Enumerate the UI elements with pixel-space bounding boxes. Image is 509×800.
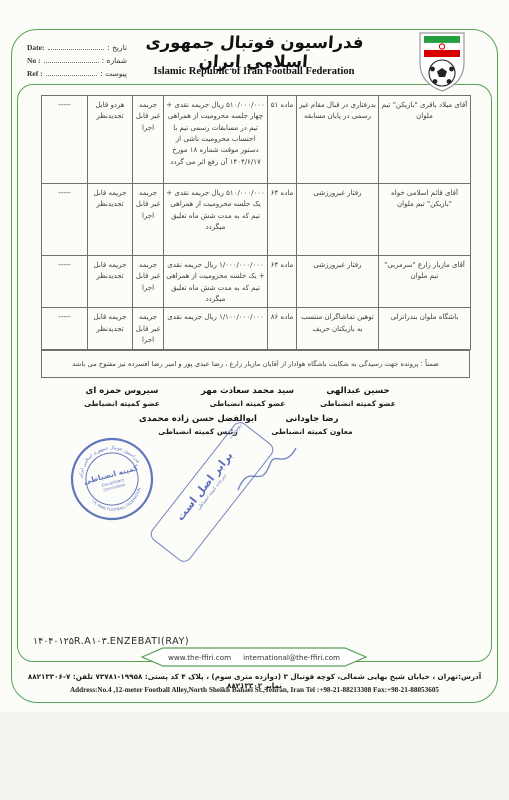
signer-name: حسین عبدالهی [298, 386, 418, 396]
scanned-letter-page: Date: تاریخ : No : شماره : Ref : پیوست :… [0, 0, 509, 800]
cell-violation: بدرفتاری در قبال مقام غیر رسمی در پایان … [297, 96, 379, 184]
cell-verdict: ۱/۰۰۰/۰۰۰/۰۰۰ ریال جریمه نقدی + یک جلسه … [164, 256, 268, 308]
cell-appeal-status: جریمه قابل تجدیدنظر [88, 256, 133, 308]
cell-verdict: ۵۱۰/۰۰۰/۰۰۰ ریال جریمه نقدی + چهار جلسه … [164, 96, 268, 184]
federation-title-en: Islamic Republic of Iran Football Federa… [108, 66, 400, 77]
cell-violation: رفتار غیرورزشی [297, 184, 379, 256]
cell-misc: ----- [42, 96, 88, 184]
cell-person-name: آقای قائم اسلامی خواه "بازیکن" تیم ملوان [379, 184, 471, 256]
ref-label-en: Ref : [27, 69, 43, 78]
website-url: www.the-ffiri.com [168, 653, 231, 662]
signer-name: ابوالفضل حسن زاده محمدی [118, 414, 278, 424]
cell-violation: توهین تماشاگران منتسب به بازیکنان حریف [297, 308, 379, 350]
signature-block: حسین عبدالهی عضو کمیته انضباطی [298, 386, 418, 408]
cell-appeal-status: جریمه قابل تجدیدنظر [88, 184, 133, 256]
table-row: آقای میلاد باقری "بازیکن" تیم ملوان بدرف… [42, 96, 471, 184]
cell-article: ماده ۸۶ [268, 308, 297, 350]
cell-fine-status: جریمه غیر قابل اجرا [133, 308, 164, 350]
cell-violation: رفتار غیرورزشی [297, 256, 379, 308]
email-address: international@the-ffiri.com [243, 653, 340, 662]
signature-block: سید محمد سعادت مهر عضو کمیته انضباطی [180, 386, 315, 408]
disciplinary-committee-seal-icon: فدراسیون فوتبال جمهوری اسلامی ایران I.R.… [69, 436, 155, 522]
cell-fine-status: جریمه غیر قابل اجرا [133, 184, 164, 256]
handwritten-signature-icon [232, 438, 302, 502]
signer-name: سید محمد سعادت مهر [180, 386, 315, 396]
signer-name: سیروس حمزه ای [62, 386, 182, 396]
cell-fine-status: جریمه غیر قابل اجرا [133, 96, 164, 184]
cell-fine-status: جریمه غیر قابل اجرا [133, 256, 164, 308]
ref-fill-line [46, 74, 98, 76]
cell-verdict: ۱/۱۰۰/۰۰۰/۰۰۰ ریال جریمه نقدی [164, 308, 268, 350]
date-fill-line [48, 48, 105, 50]
table-row: آقای مازیار زارع "سرمربی" تیم ملوان رفتا… [42, 256, 471, 308]
cell-appeal-status: هردو قابل تجدیدنظر [88, 96, 133, 184]
cell-appeal-status: جریمه قابل تجدیدنظر [88, 308, 133, 350]
date-label-en: Date: [27, 43, 45, 52]
federation-logo-icon [416, 31, 468, 93]
cell-article: ماده ۶۴ [268, 256, 297, 308]
table-row: باشگاه ملوان بندرانزلی توهین تماشاگران م… [42, 308, 471, 350]
signature-block: سیروس حمزه ای عضو کمیته انضباطی [62, 386, 182, 408]
signer-role: عضو کمیته انضباطی [62, 399, 182, 408]
signer-role: عضو کمیته انضباطی [180, 399, 315, 408]
address-en: Address:No.4 ,12-meter Football Alley,No… [24, 686, 485, 694]
cell-article: ماده ۵۱ [268, 96, 297, 184]
cell-verdict: ۵۱۰/۰۰۰/۰۰۰ ریال جریمه نقدی + یک جلسه مح… [164, 184, 268, 256]
no-label-en: No : [27, 56, 41, 65]
cell-person-name: باشگاه ملوان بندرانزلی [379, 308, 471, 350]
date-line: Date: تاریخ : [27, 41, 127, 54]
addendum-note: ضمناً : پرونده جهت رسیدگی به شکایت باشگا… [41, 350, 470, 378]
scan-background-band [0, 712, 509, 800]
signer-role: عضو کمیته انضباطی [298, 399, 418, 408]
verdict-table: آقای میلاد باقری "بازیکن" تیم ملوان بدرف… [41, 95, 471, 350]
cell-article: ماده ۶۴ [268, 184, 297, 256]
cell-misc: ----- [42, 308, 88, 350]
cell-person-name: آقای میلاد باقری "بازیکن" تیم ملوان [379, 96, 471, 184]
table-row: آقای قائم اسلامی خواه "بازیکن" تیم ملوان… [42, 184, 471, 256]
website-banner: www.the-ffiri.com international@the-ffir… [139, 646, 369, 668]
cell-person-name: آقای مازیار زارع "سرمربی" تیم ملوان [379, 256, 471, 308]
cell-misc: ----- [42, 184, 88, 256]
no-fill-line [44, 61, 99, 63]
cell-misc: ----- [42, 256, 88, 308]
